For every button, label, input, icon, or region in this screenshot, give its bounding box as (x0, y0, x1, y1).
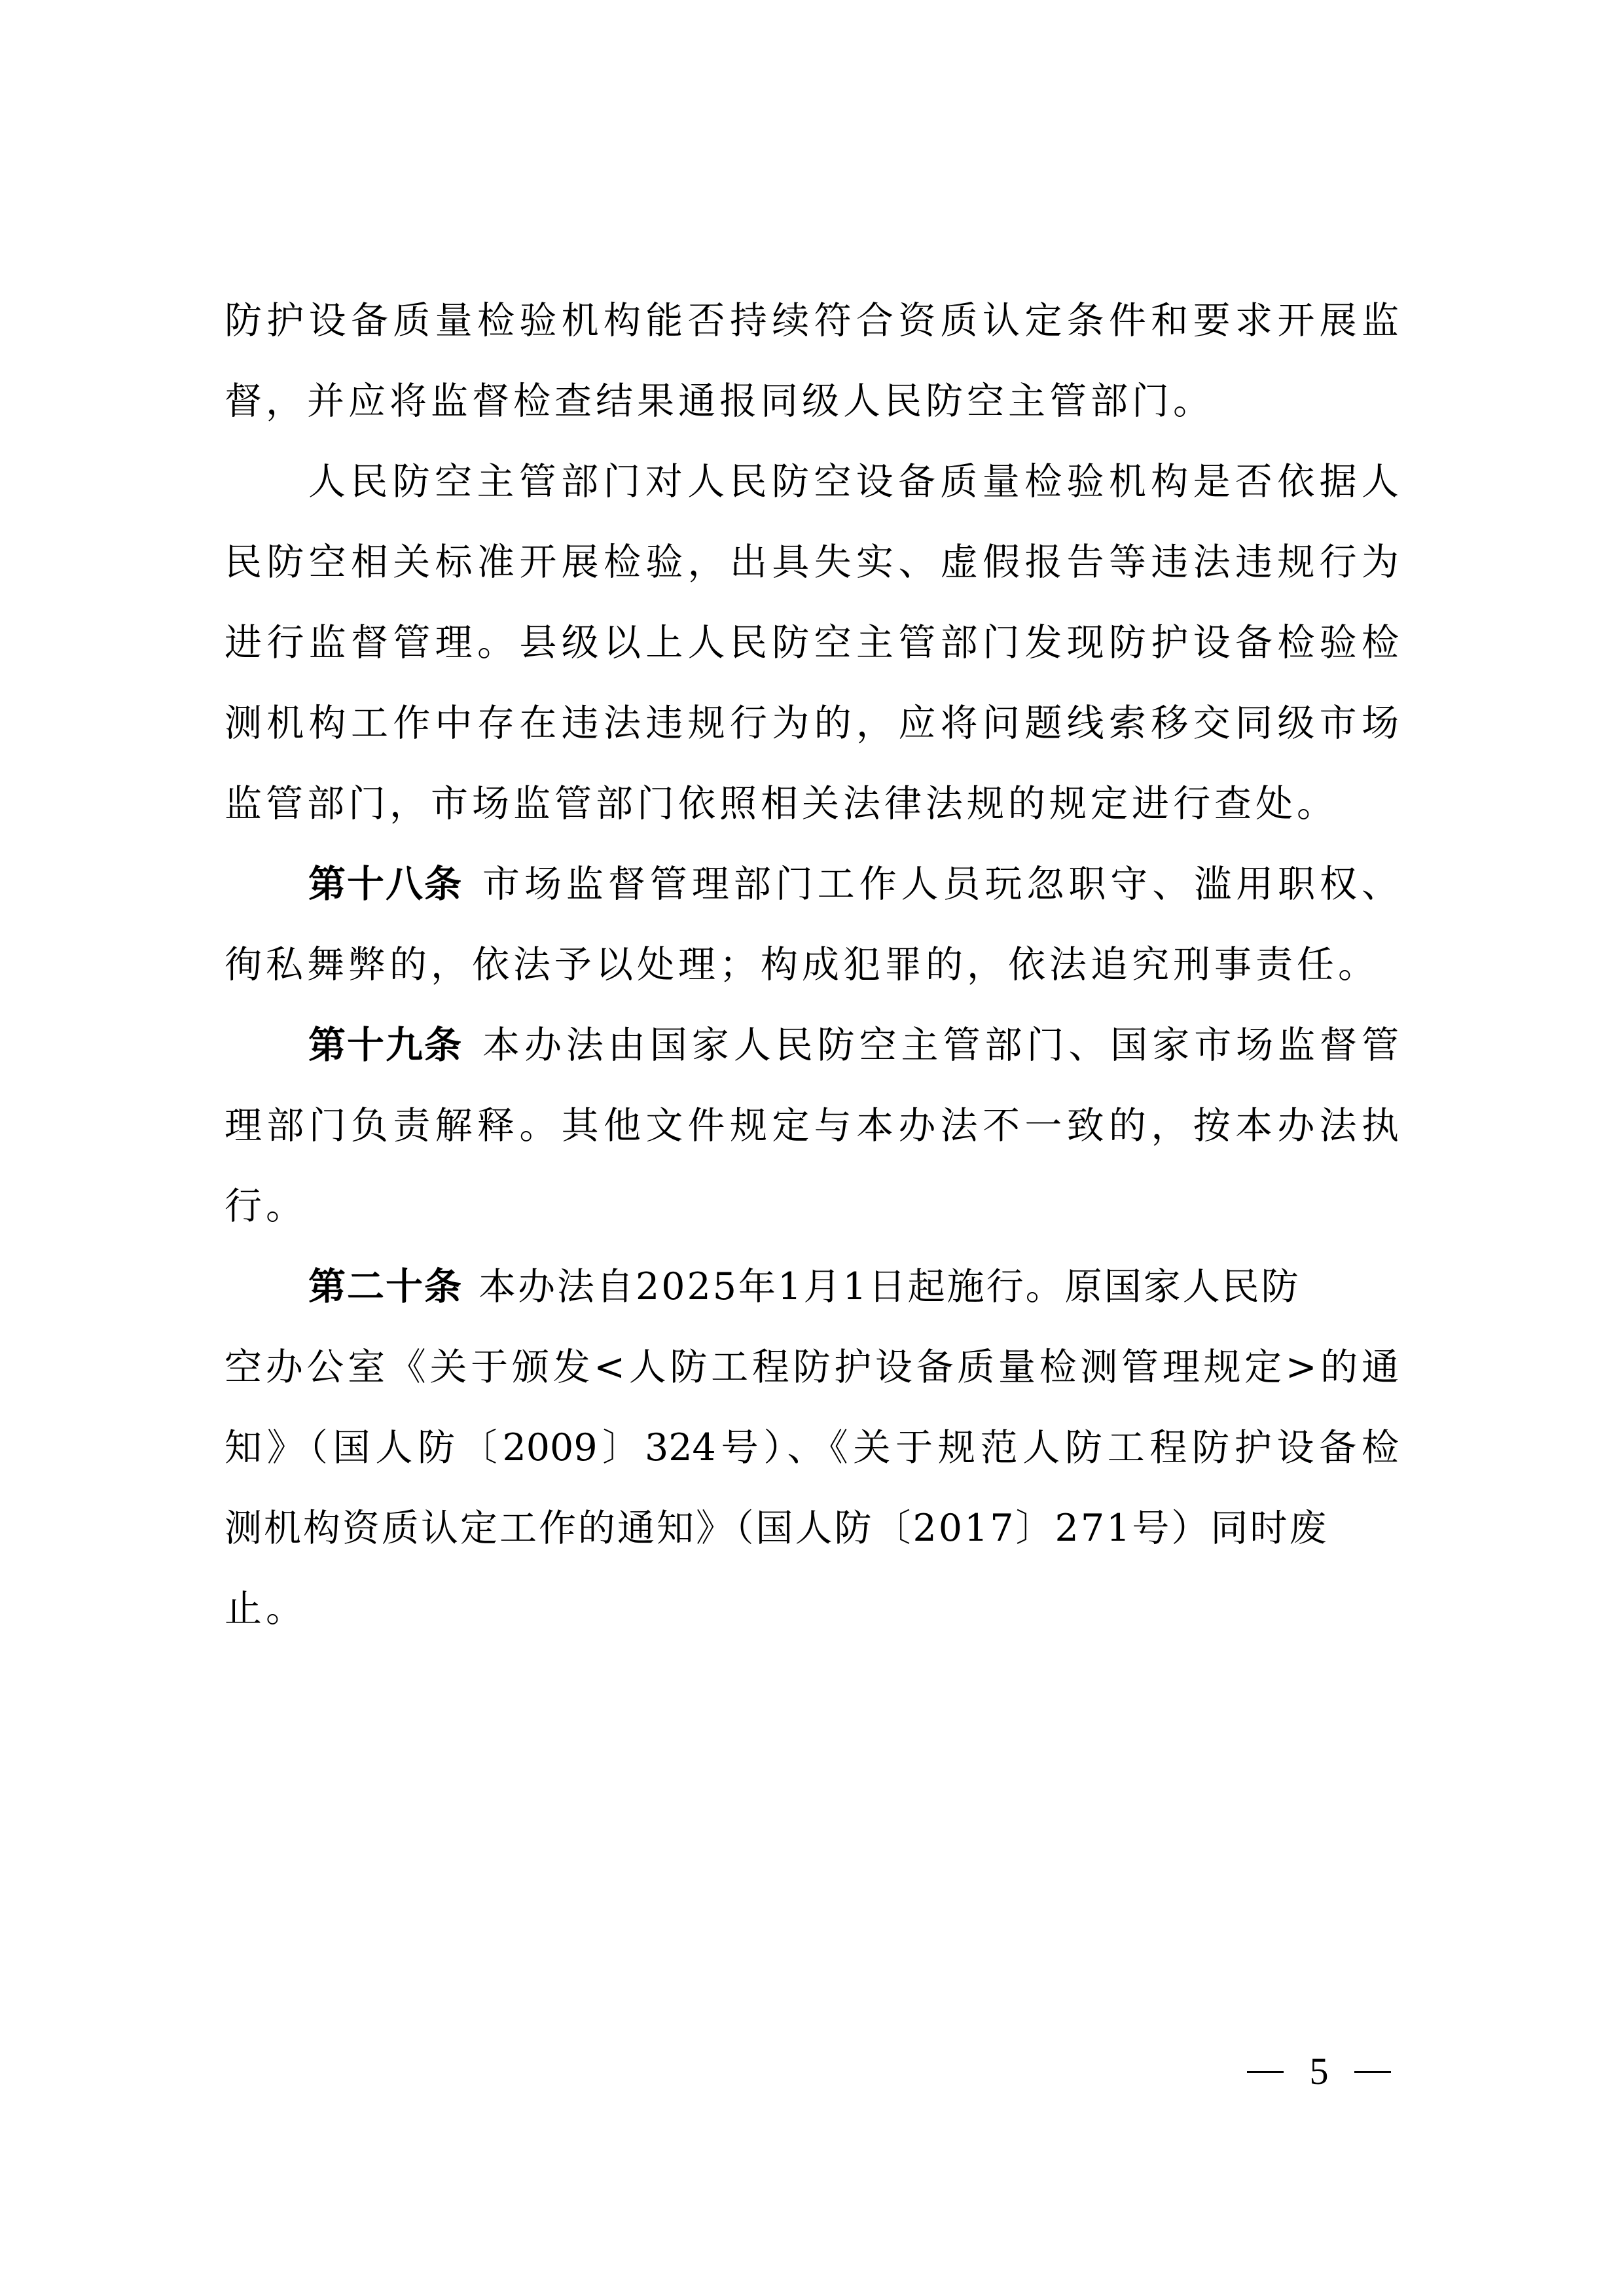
paragraph-line: 人民防空主管部门对人民防空设备质量检验机构是否依据人 (308, 459, 1399, 505)
paragraph-line: 空办公室《关于颁发<人防工程防护设备质量检测管理规定>的通 (225, 1344, 1399, 1390)
page-number-value: 5 (1310, 2049, 1329, 2094)
paragraph-line: 督，并应将监督检查结果通报同级人民防空主管部门。 (225, 378, 1399, 424)
article-18-first-line: 第十八条 市场监督管理部门工作人员玩忽职守、滥用职权、 (308, 861, 1399, 907)
page-number: 5 (1247, 2049, 1391, 2094)
dash-left (1247, 2071, 1284, 2073)
paragraph-line: 进行监督管理。县级以上人民防空主管部门发现防护设备检验检 (225, 620, 1399, 666)
article-19-first-line: 第十九条 本办法由国家人民防空主管部门、国家市场监督管 (308, 1022, 1399, 1068)
paragraph-line: 理部门负责解释。其他文件规定与本办法不一致的，按本办法执 (225, 1103, 1399, 1149)
article-20-text: 本办法自2025年1月1日起施行。原国家人民防 (478, 1264, 1353, 1310)
article-19-text: 本办法由国家人民防空主管部门、国家市场监督管 (482, 1022, 1399, 1068)
paragraph-line: 测机构资质认定工作的通知》（国人防〔2017〕271号）同时废 (225, 1505, 1357, 1551)
paragraph-line: 民防空相关标准开展检验，出具失实、虚假报告等违法违规行为 (225, 539, 1399, 585)
paragraph-line: 防护设备质量检验机构能否持续符合资质认定条件和要求开展监 (225, 298, 1399, 344)
article-19-heading: 第十九条 (308, 1022, 463, 1068)
paragraph-line: 监管部门，市场监管部门依照相关法律法规的规定进行查处。 (225, 781, 1399, 827)
dash-right (1354, 2071, 1391, 2073)
paragraph-line: 徇私舞弊的，依法予以处理；构成犯罪的，依法追究刑事责任。 (225, 942, 1399, 988)
paragraph-line: 知》（国人防〔2009〕324号）、《关于规范人防工程防护设备检 (225, 1425, 1399, 1471)
article-18-text: 市场监督管理部门工作人员玩忽职守、滥用职权、 (482, 861, 1399, 907)
article-20-first-line: 第二十条 本办法自2025年1月1日起施行。原国家人民防 (308, 1264, 1399, 1310)
document-page: 防护设备质量检验机构能否持续符合资质认定条件和要求开展监 督，并应将监督检查结果… (0, 0, 1624, 2296)
paragraph-line: 止。 (225, 1586, 1399, 1632)
paragraph-line: 行。 (225, 1183, 1399, 1229)
paragraph-line: 测机构工作中存在违法违规行为的，应将问题线索移交同级市场 (225, 700, 1399, 746)
article-20-heading: 第二十条 (308, 1264, 463, 1310)
article-18-heading: 第十八条 (308, 861, 463, 907)
